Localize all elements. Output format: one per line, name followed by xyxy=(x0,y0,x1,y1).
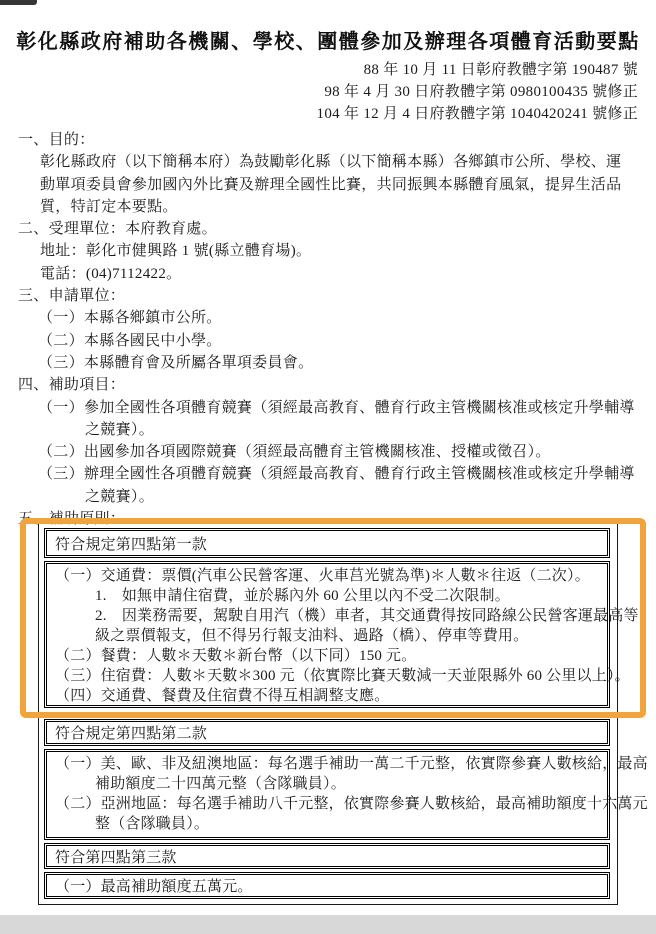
rule-block-header-label: 符合規定第四點第二款 xyxy=(55,722,207,743)
revision-line: 98 年 4 月 30 日府教體字第 0980100435 號修正 xyxy=(317,81,638,103)
applicant-item: （二）本縣各國民中小學。 xyxy=(0,330,656,352)
purpose-text-line: 質，特訂定本要點。 xyxy=(0,196,656,218)
rule-line: （二）亞洲地區：每名選手補助八千元整，依實際參賽人數核給，最高補助額度十六萬元 xyxy=(53,794,601,814)
subsidy-item-continuation: 之競賽）。 xyxy=(0,486,656,508)
section-handling-unit-heading: 二、受理單位：本府教育處。 xyxy=(0,218,656,240)
rule-block-1-header: 符合規定第四點第一款 xyxy=(44,528,610,558)
subsidy-item-line: （一）參加全國性各項體育競賽（須經最高教育、體育行政主管機關核准或核定升學輔導 xyxy=(0,397,656,419)
rule-block-header-label: 符合規定第四點第一款 xyxy=(55,533,207,554)
rule-line: 級之票價報支，但不得另行報支油料、過路（橋）、停車等費用。 xyxy=(53,626,601,646)
rule-line: 1. 如無申請住宿費，並於縣內外 60 公里以內不受二次限制。 xyxy=(53,586,601,606)
section-subsidy-items-heading: 四、補助項目： xyxy=(0,374,656,396)
rule-line: （一）美、歐、非及紐澳地區：每名選手補助一萬二千元整，依實際參賽人數核給，最高 xyxy=(53,754,601,774)
scanned-document-page: { "colors": { "highlight": "#F1A43B", "p… xyxy=(0,0,656,934)
rule-line: 2. 因業務需要，駕駛自用汽（機）車者，其交通費得按同路線公民營客運最高等 xyxy=(53,606,601,626)
rule-block-1-content: （一）交通費：票價(汽車公民營客運、火車莒光號為準)＊人數＊往返（二次）。 1.… xyxy=(44,561,610,708)
rule-block-2-header: 符合規定第四點第二款 xyxy=(44,719,610,746)
rule-line: 整（含隊職員）。 xyxy=(53,814,601,834)
applicant-item: （一）本縣各鄉鎮市公所。 xyxy=(0,307,656,329)
section-purpose-heading: 一、目的： xyxy=(0,129,656,151)
subsidy-item-line: （二）出國參加各項國際競賽（須經最高體育主管機關核准、授權或徵召）。 xyxy=(0,441,656,463)
address-line: 地址：彰化市健興路 1 號(縣立體育場)。 xyxy=(0,240,656,262)
purpose-text-line: 彰化縣政府（以下簡稱本府）為鼓勵彰化縣（以下簡稱本縣）各鄉鎮市公所、學校、運 xyxy=(0,151,656,173)
revision-line: 88 年 10 月 11 日彰府教體字第 190487 號 xyxy=(317,59,638,81)
rule-line: （一）最高補助額度五萬元。 xyxy=(53,877,601,897)
rule-line: （二）餐費：人數＊天數＊新台幣（以下同）150 元。 xyxy=(53,646,601,666)
purpose-text-line: 動單項委員會參加國內外比賽及辦理全國性比賽，共同振興本縣體育風氣，提昇生活品 xyxy=(0,174,656,196)
subsidy-item-continuation: 之競賽）。 xyxy=(0,419,656,441)
rule-line: 補助額度二十四萬元整（含隊職員）。 xyxy=(53,774,601,794)
document-title: 彰化縣政府補助各機關、學校、團體參加及辦理各項體育活動要點 xyxy=(0,25,656,54)
rule-line: （四）交通費、餐費及住宿費不得互相調整支應。 xyxy=(53,686,601,706)
page-bottom-edge xyxy=(0,915,656,934)
section-applicants-heading: 三、申請單位： xyxy=(0,285,656,307)
document-body: 一、目的： 彰化縣政府（以下簡稱本府）為鼓勵彰化縣（以下簡稱本縣）各鄉鎮市公所、… xyxy=(0,129,656,530)
rule-line: （三）住宿費：人數＊天數＊300 元（依實際比賽天數減一天並限縣外 60 公里以… xyxy=(53,666,601,686)
scan-edge-artifact xyxy=(0,0,37,5)
revision-line: 104 年 12 月 4 日府教體字第 1040420241 號修正 xyxy=(317,103,638,125)
rule-block-3-content: （一）最高補助額度五萬元。 xyxy=(44,872,610,899)
rule-line: （一）交通費：票價(汽車公民營客運、火車莒光號為準)＊人數＊往返（二次）。 xyxy=(53,566,601,586)
rule-block-header-label: 符合第四點第三款 xyxy=(55,846,177,867)
revision-history: 88 年 10 月 11 日彰府教體字第 190487 號 98 年 4 月 3… xyxy=(317,59,638,125)
applicant-item: （三）本縣體育會及所屬各單項委員會。 xyxy=(0,352,656,374)
phone-line: 電話：(04)7112422。 xyxy=(0,263,656,285)
subsidy-item-line: （三）辦理全國性各項體育競賽（須經最高教育、體育行政主管機關核准或核定升學輔導 xyxy=(0,463,656,485)
rule-block-2-content: （一）美、歐、非及紐澳地區：每名選手補助一萬二千元整，依實際參賽人數核給，最高 … xyxy=(44,749,610,840)
rule-block-3-header: 符合第四點第三款 xyxy=(44,843,610,869)
